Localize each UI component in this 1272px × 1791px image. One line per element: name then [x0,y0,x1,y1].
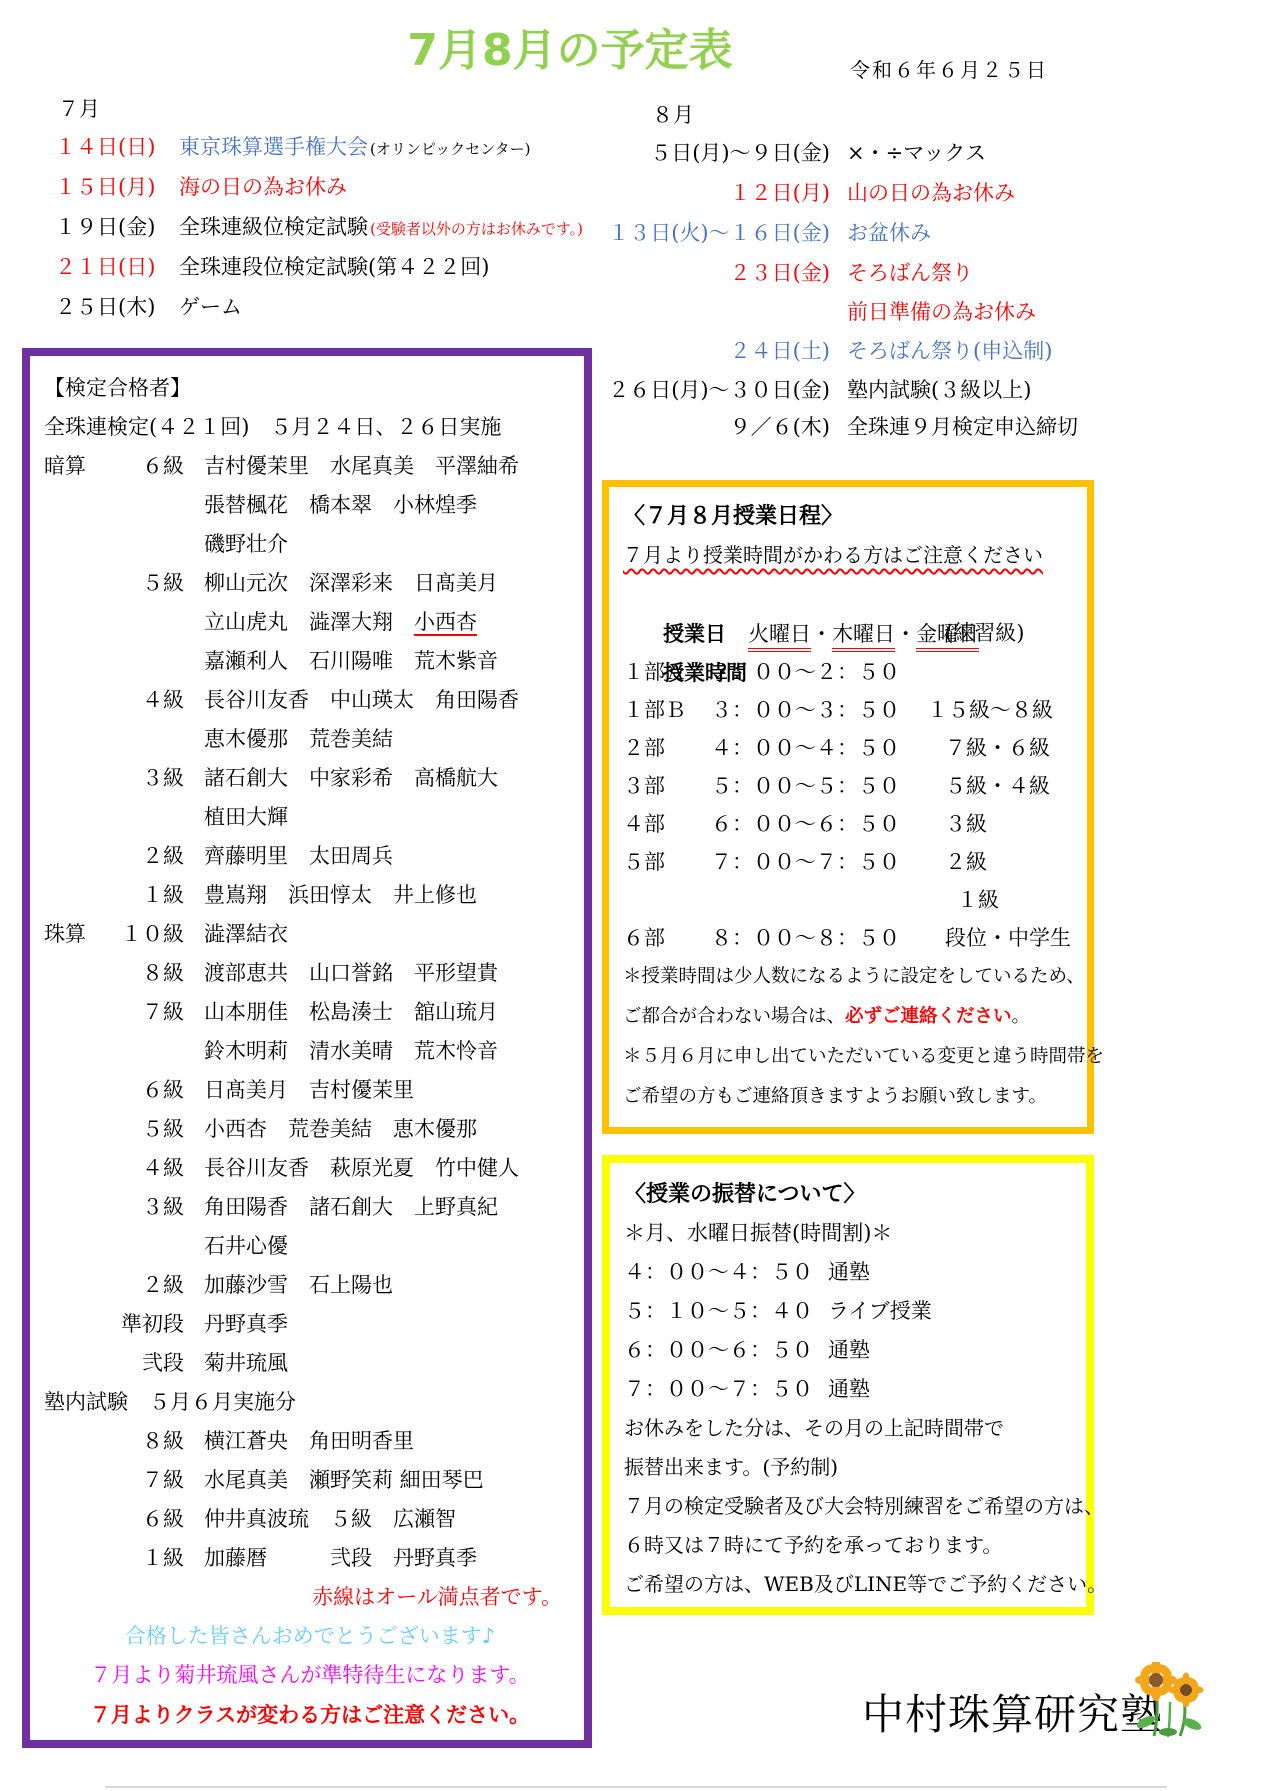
class-days-line: 授業日火曜日・木曜日・金曜日 [623,575,1087,614]
schedule-notice-line: ７月より授業時間がかわる方はご注意ください [623,536,1087,575]
schedule-note: ご都合が合わない場合は、必ずご連絡ください。 [623,997,1087,1037]
july-event-row: １５日(月) 海の日の為お休み [55,171,347,201]
makeup-paragraph-line: ご希望の方は、WEB及びLINE等でご予約ください。 [624,1565,1086,1604]
pass-category [44,1422,96,1461]
pass-category [44,837,96,876]
pass-row: ７級山本朋佳 松島湊士 舘山琉月 [44,993,576,1032]
pass-grade: ６級 [96,1500,184,1539]
school-name: 中村珠算研究塾 [862,1682,1163,1742]
pass-grade: ４級 [96,681,184,720]
class-schedule-box: 〈７月８月授業日程〉 ７月より授業時間がかわる方はご注意ください 授業日火曜日・… [602,480,1094,1134]
timetable-row: ７：００～７：５０通塾 [624,1370,1086,1409]
pass-row: 張替楓花 橋本翠 小林煌季 [44,486,576,525]
pass-row: ８級渡部恵共 山口誉銘 平形望貴 [44,954,576,993]
makeup-paragraph-line: 振替出来ます。(予約制) [624,1448,1086,1487]
slot-mode: 通塾 [828,1253,870,1292]
timetable-row: ５：１０～５：４０ライブ授業 [624,1292,1086,1331]
pass-category: 珠算 [44,915,96,954]
pass-grade: １級 [96,876,184,915]
pass-grade: ５級 [96,1110,184,1149]
event-date: ２５日(木) [55,291,179,321]
event-title: お盆休み [847,217,931,247]
pass-grade [96,798,184,837]
slot-mode: 通塾 [828,1370,870,1409]
note-perfect-score: 赤線はオール満点者です。 [44,1578,576,1617]
makeup-box-title: 〈授業の振替について〉 [624,1175,1086,1214]
pass-names: 水尾真美 瀬野笑莉 細田琴巴 [204,1461,484,1500]
pass-row: 恵木優那 荒巻美結 [44,720,576,759]
schedule-level: 段位・中学生 [927,919,1071,957]
event-date: ５日(月)～９日(金) [548,137,830,167]
pass-names: 鈴木明莉 清水美晴 荒木怜音 [204,1032,498,1071]
event-title: 山の日の為お休み [847,177,1015,207]
pass-category [44,798,96,837]
pass-category [44,1032,96,1071]
pass-row: 暗算６級吉村優茉里 水尾真美 平澤紬希 [44,447,576,486]
july-event-row: ２５日(木) ゲーム [55,291,242,321]
schedule-level: ３級 [927,805,987,843]
pass-names: 立山虎丸 澁澤大翔 小西杏 [204,603,477,642]
event-date: １３日(火)～１６日(金) [548,217,830,247]
pass-row: ４級長谷川友香 萩原光夏 竹中健人 [44,1149,576,1188]
schedule-time: ８：００～８：５０ [711,919,927,957]
pass-grade [96,1032,184,1071]
pass-name-underlined: 小西杏 [414,610,477,634]
pass-names: 豊嶌翔 浜田惇太 井上修也 [204,876,477,915]
pass-names: 齊藤明里 太田周兵 [204,837,393,876]
pass-grade: ８級 [96,954,184,993]
makeup-paragraph-line: ７月の検定受験者及び大会特別練習をご希望の方は、 [624,1487,1086,1526]
schedule-level: １級 [927,881,999,919]
pass-grade: ３級 [96,759,184,798]
pass-row: ５級柳山元次 深澤彩来 日髙美月 [44,564,576,603]
schedule-notice-text: ７月より授業時間がかわる方はご注意ください [623,543,1043,567]
pass-category [44,876,96,915]
pass-category [44,1461,96,1500]
pass-row: 弐段菊井琉風 [44,1344,576,1383]
schedule-time [711,881,927,919]
schedule-notice-page: 7月8月の予定表 令和６年６月２５日 ７月 １４日(日) 東京珠算選手権大会 (… [0,0,1272,1791]
note-congrats: 合格した皆さんおめでとうございます♪ [44,1617,576,1656]
time-label-line: 授業時間 (練習級) [623,614,1087,653]
august-event-row: ５日(月)～９日(金) ×・÷マックス [548,137,986,167]
pass-row: 植田大輝 [44,798,576,837]
august-event-row: ２４日(土) そろばん祭り(申込制) [548,335,1052,365]
pass-row: ３級角田陽香 諸石創大 上野真紀 [44,1188,576,1227]
pass-names: 菊井琉風 [204,1344,288,1383]
pass-names: 角田陽香 諸石創大 上野真紀 [204,1188,498,1227]
page-bottom-line [105,1786,1167,1788]
august-event-row: ９／６(木) 全珠連９月検定申込締切 [548,411,1078,441]
event-title: ゲーム [179,291,242,321]
slot-time: ６：００～６：５０ [624,1331,806,1370]
slot-time: ７：００～７：５０ [624,1370,806,1409]
issue-date: 令和６年６月２５日 [850,54,1048,83]
pass-names: 張替楓花 橋本翠 小林煌季 [204,486,477,525]
pass-category: 暗算 [44,447,96,486]
pass-names: 嘉瀬利人 石川陽唯 荒木紫音 [204,642,498,681]
note-text: ご都合が合わない場合は、 [623,1006,845,1027]
makeup-paragraph-line: ６時又は７時にて予約を承っております。 [624,1526,1086,1565]
pass-names: 長谷川友香 中山瑛太 角田陽香 [204,681,519,720]
slot-mode: ライブ授業 [828,1292,932,1331]
pass-category [44,1149,96,1188]
pass-grade: １級 [96,1539,184,1578]
pass-row: 鈴木明莉 清水美晴 荒木怜音 [44,1032,576,1071]
pass-category [44,1227,96,1266]
pass-names: 石井心優 [204,1227,288,1266]
schedule-part: ５部 [623,843,711,881]
pass-grade: 弐段 [96,1344,184,1383]
pass-category [44,1344,96,1383]
pass-names: 諸石創大 中家彩希 高橋航大 [204,759,498,798]
pass-row: ２級加藤沙雪 石上陽也 [44,1266,576,1305]
note-text: ＊授業時間は少人数になるように設定をしているため、 [623,966,1085,987]
pass-grade: ８級 [96,1422,184,1461]
schedule-row: ６部８：００～８：５０段位・中学生 [623,919,1087,957]
event-date: １２日(月) [548,177,830,207]
pass-names: 山本朋佳 松島湊士 舘山琉月 [204,993,498,1032]
event-title: ×・÷マックス [847,137,986,167]
timetable-row: ４：００～４：５０通塾 [624,1253,1086,1292]
event-title: そろばん祭り(申込制) [847,335,1052,365]
pass-names: 渡部恵共 山口誉銘 平形望貴 [204,954,498,993]
pass-row: 立山虎丸 澁澤大翔 小西杏 [44,603,576,642]
pass-category [44,603,96,642]
july-event-row: ２１日(日) 全珠連段位検定試験(第４２２回) [55,251,489,281]
schedule-note: ご希望の方もご連絡頂きますようお願い致します。 [623,1077,1087,1117]
pass-row: 準初段丹野真季 [44,1305,576,1344]
july-heading: ７月 [58,93,100,123]
july-event-row: １９日(金) 全珠連級位検定試験 (受験者以外の方はお休みです。) [55,211,583,241]
pass-grade: ６級 [96,1071,184,1110]
july-event-row: １４日(日) 東京珠算選手権大会 (オリンピックセンター) [55,131,531,161]
time-label: 授業時間 [663,660,747,685]
note-text: 。 [1012,1006,1031,1027]
makeup-subtitle: ＊月、水曜日振替(時間割)＊ [624,1214,1086,1253]
page-title: 7月8月の予定表 [380,14,760,78]
schedule-part: ６部 [623,919,711,957]
schedule-row: １部Ｂ３：００～３：５０１５級～８級 [623,691,1087,729]
pass-category [44,564,96,603]
note-class-change: ７月よりクラスが変わる方はご注意ください。 [44,1695,576,1734]
august-heading: ８月 [652,99,694,129]
pass-row: ５級小西杏 荒巻美結 恵木優那 [44,1110,576,1149]
pass-names: 加藤暦 弐段 丹野真季 [204,1539,477,1578]
pass-grade: ６級 [96,447,184,486]
pass-row: ２級齊藤明里 太田周兵 [44,837,576,876]
schedule-level: ２級 [927,843,987,881]
pass-grade [96,486,184,525]
pass-grade [96,642,184,681]
pass-names: 澁澤結衣 [204,915,288,954]
pass-row: 珠算１０級澁澤結衣 [44,915,576,954]
slot-time: ５：１０～５：４０ [624,1292,806,1331]
pass-names: 横江蒼央 角田明香里 [204,1422,414,1461]
pass-category [44,1539,96,1578]
schedule-level: ７級・６級 [927,729,1050,767]
schedule-note: ＊授業時間は少人数になるように設定をしているため、 [623,957,1087,997]
pass-grade: ７級 [96,993,184,1032]
schedule-level [927,653,945,691]
pass-row: 嘉瀬利人 石川陽唯 荒木紫音 [44,642,576,681]
pass-row: ６級日髙美月 吉村優茉里 [44,1071,576,1110]
passers-subtitle: 全珠連検定(４２１回) ５月２４日、２６日実施 [44,408,576,447]
august-event-row: 前日準備の為お休み [548,296,1036,326]
event-title: 全珠連段位検定試験(第４２２回) [179,251,489,281]
note-special-student: ７月より菊井琉風さんが準特待生になります。 [44,1656,576,1695]
pass-grade: ２級 [96,837,184,876]
pass-grade: 準初段 [96,1305,184,1344]
pass-names: 日髙美月 吉村優茉里 [204,1071,414,1110]
pass-names: 丹野真季 [204,1305,288,1344]
event-title: 全珠連９月検定申込締切 [847,411,1078,441]
makeup-paragraph-line: お休みをした分は、その月の上記時間帯で [624,1409,1086,1448]
event-date: １５日(月) [55,171,179,201]
pass-category [44,681,96,720]
pass-category [44,720,96,759]
slot-time: ４：００～４：５０ [624,1253,806,1292]
pass-row: １級加藤暦 弐段 丹野真季 [44,1539,576,1578]
sunflower-icon [1126,1662,1210,1738]
makeup-lesson-box: 〈授業の振替について〉 ＊月、水曜日振替(時間割)＊ ４：００～４：５０通塾 ５… [602,1155,1094,1615]
pass-category [44,642,96,681]
passers-box: 【検定合格者】 全珠連検定(４２１回) ５月２４日、２６日実施 暗算６級吉村優茉… [22,348,592,1748]
pass-names: 磯野壮介 [204,525,288,564]
pass-grade [96,603,184,642]
event-title: 塾内試験(３級以上) [847,374,1031,404]
pass-row: １級豊嶌翔 浜田惇太 井上修也 [44,876,576,915]
schedule-time: ３：００～３：５０ [711,691,927,729]
event-title: そろばん祭り [847,257,973,287]
slot-mode: 通塾 [828,1331,870,1370]
august-event-row: １３日(火)～１６日(金) お盆休み [548,217,931,247]
pass-category [44,759,96,798]
pass-category [44,486,96,525]
pass-names: 小西杏 荒巻美結 恵木優那 [204,1110,477,1149]
event-date: ２１日(日) [55,251,179,281]
event-title: 東京珠算選手権大会 [179,131,368,161]
schedule-note: ＊５月６月に申し出ていただいている変更と違う時間帯を [623,1037,1087,1077]
pass-grade: ７級 [96,1461,184,1500]
pass-grade: ５級 [96,564,184,603]
pass-row: 石井心優 [44,1227,576,1266]
pass-grade: ４級 [96,1149,184,1188]
pass-grade: １０級 [96,915,184,954]
pass-category [44,1305,96,1344]
pass-grade: ２級 [96,1266,184,1305]
august-event-row: ２６日(月)～３０日(金) 塾内試験(３級以上) [548,374,1031,404]
pass-names: 恵木優那 荒巻美結 [204,720,393,759]
schedule-part: ４部 [623,805,711,843]
pass-row: ３級諸石創大 中家彩希 高橋航大 [44,759,576,798]
pass-names: 加藤沙雪 石上陽也 [204,1266,393,1305]
schedule-part: ３部 [623,767,711,805]
pass-names: 長谷川友香 萩原光夏 竹中健人 [204,1149,519,1188]
schedule-row: ５部７：００～７：５０２級 [623,843,1087,881]
note-emphasis: 必ずご連絡ください [845,1006,1012,1027]
schedule-level: ５級・４級 [927,767,1050,805]
pass-row: ８級横江蒼央 角田明香里 [44,1422,576,1461]
event-date: １４日(日) [55,131,179,161]
pass-category [44,1188,96,1227]
practice-level-label: (練習級) [945,614,1024,653]
event-note: (オリンピックセンター) [370,138,531,159]
pass-names: 植田大輝 [204,798,288,837]
note-text: ＊５月６月に申し出ていただいている変更と違う時間帯を [623,1046,1104,1067]
passers-box-title: 【検定合格者】 [44,369,576,408]
pass-row: ７級水尾真美 瀬野笑莉 細田琴巴 [44,1461,576,1500]
schedule-time: ５：００～５：５０ [711,767,927,805]
pass-names-plain: 立山虎丸 澁澤大翔 [204,610,414,634]
note-text: ご希望の方もご連絡頂きますようお願い致します。 [623,1086,1047,1107]
schedule-part [623,881,711,919]
pass-names: 吉村優茉里 水尾真美 平澤紬希 [204,447,519,486]
pass-grade [96,525,184,564]
pass-grade [96,720,184,759]
august-event-row: ２３日(金) そろばん祭り [548,257,973,287]
event-date: １９日(金) [55,211,179,241]
pass-category [44,1500,96,1539]
juku-exam-heading: 塾内試験 ５月６月実施分 [44,1383,576,1422]
pass-category [44,1110,96,1149]
august-event-row: １２日(月) 山の日の為お休み [548,177,1015,207]
pass-row: ４級長谷川友香 中山瑛太 角田陽香 [44,681,576,720]
event-title: 海の日の為お休み [179,171,347,201]
pass-grade: ３級 [96,1188,184,1227]
schedule-row: ２部４：００～４：５０７級・６級 [623,729,1087,767]
schedule-row: ４部６：００～６：５０３級 [623,805,1087,843]
pass-category [44,1266,96,1305]
schedule-time: ７：００～７：５０ [711,843,927,881]
schedule-row: ３部５：００～５：５０５級・４級 [623,767,1087,805]
schedule-box-title: 〈７月８月授業日程〉 [623,497,1087,536]
schedule-row: １級 [623,881,1087,919]
event-title: 前日準備の為お休み [847,296,1036,326]
pass-row: 磯野壮介 [44,525,576,564]
pass-category [44,993,96,1032]
pass-grade [96,1227,184,1266]
pass-category [44,1071,96,1110]
schedule-time: ４：００～４：５０ [711,729,927,767]
event-title: 全珠連級位検定試験 [179,211,368,241]
schedule-level: １５級～８級 [927,691,1053,729]
event-date: ２３日(金) [548,257,830,287]
pass-names: 柳山元次 深澤彩来 日髙美月 [204,564,498,603]
pass-category [44,525,96,564]
pass-names: 仲井真波琉 ５級 広瀬智 [204,1500,456,1539]
timetable-row: ６：００～６：５０通塾 [624,1331,1086,1370]
pass-category [44,954,96,993]
schedule-time: ６：００～６：５０ [711,805,927,843]
pass-row: ６級仲井真波琉 ５級 広瀬智 [44,1500,576,1539]
